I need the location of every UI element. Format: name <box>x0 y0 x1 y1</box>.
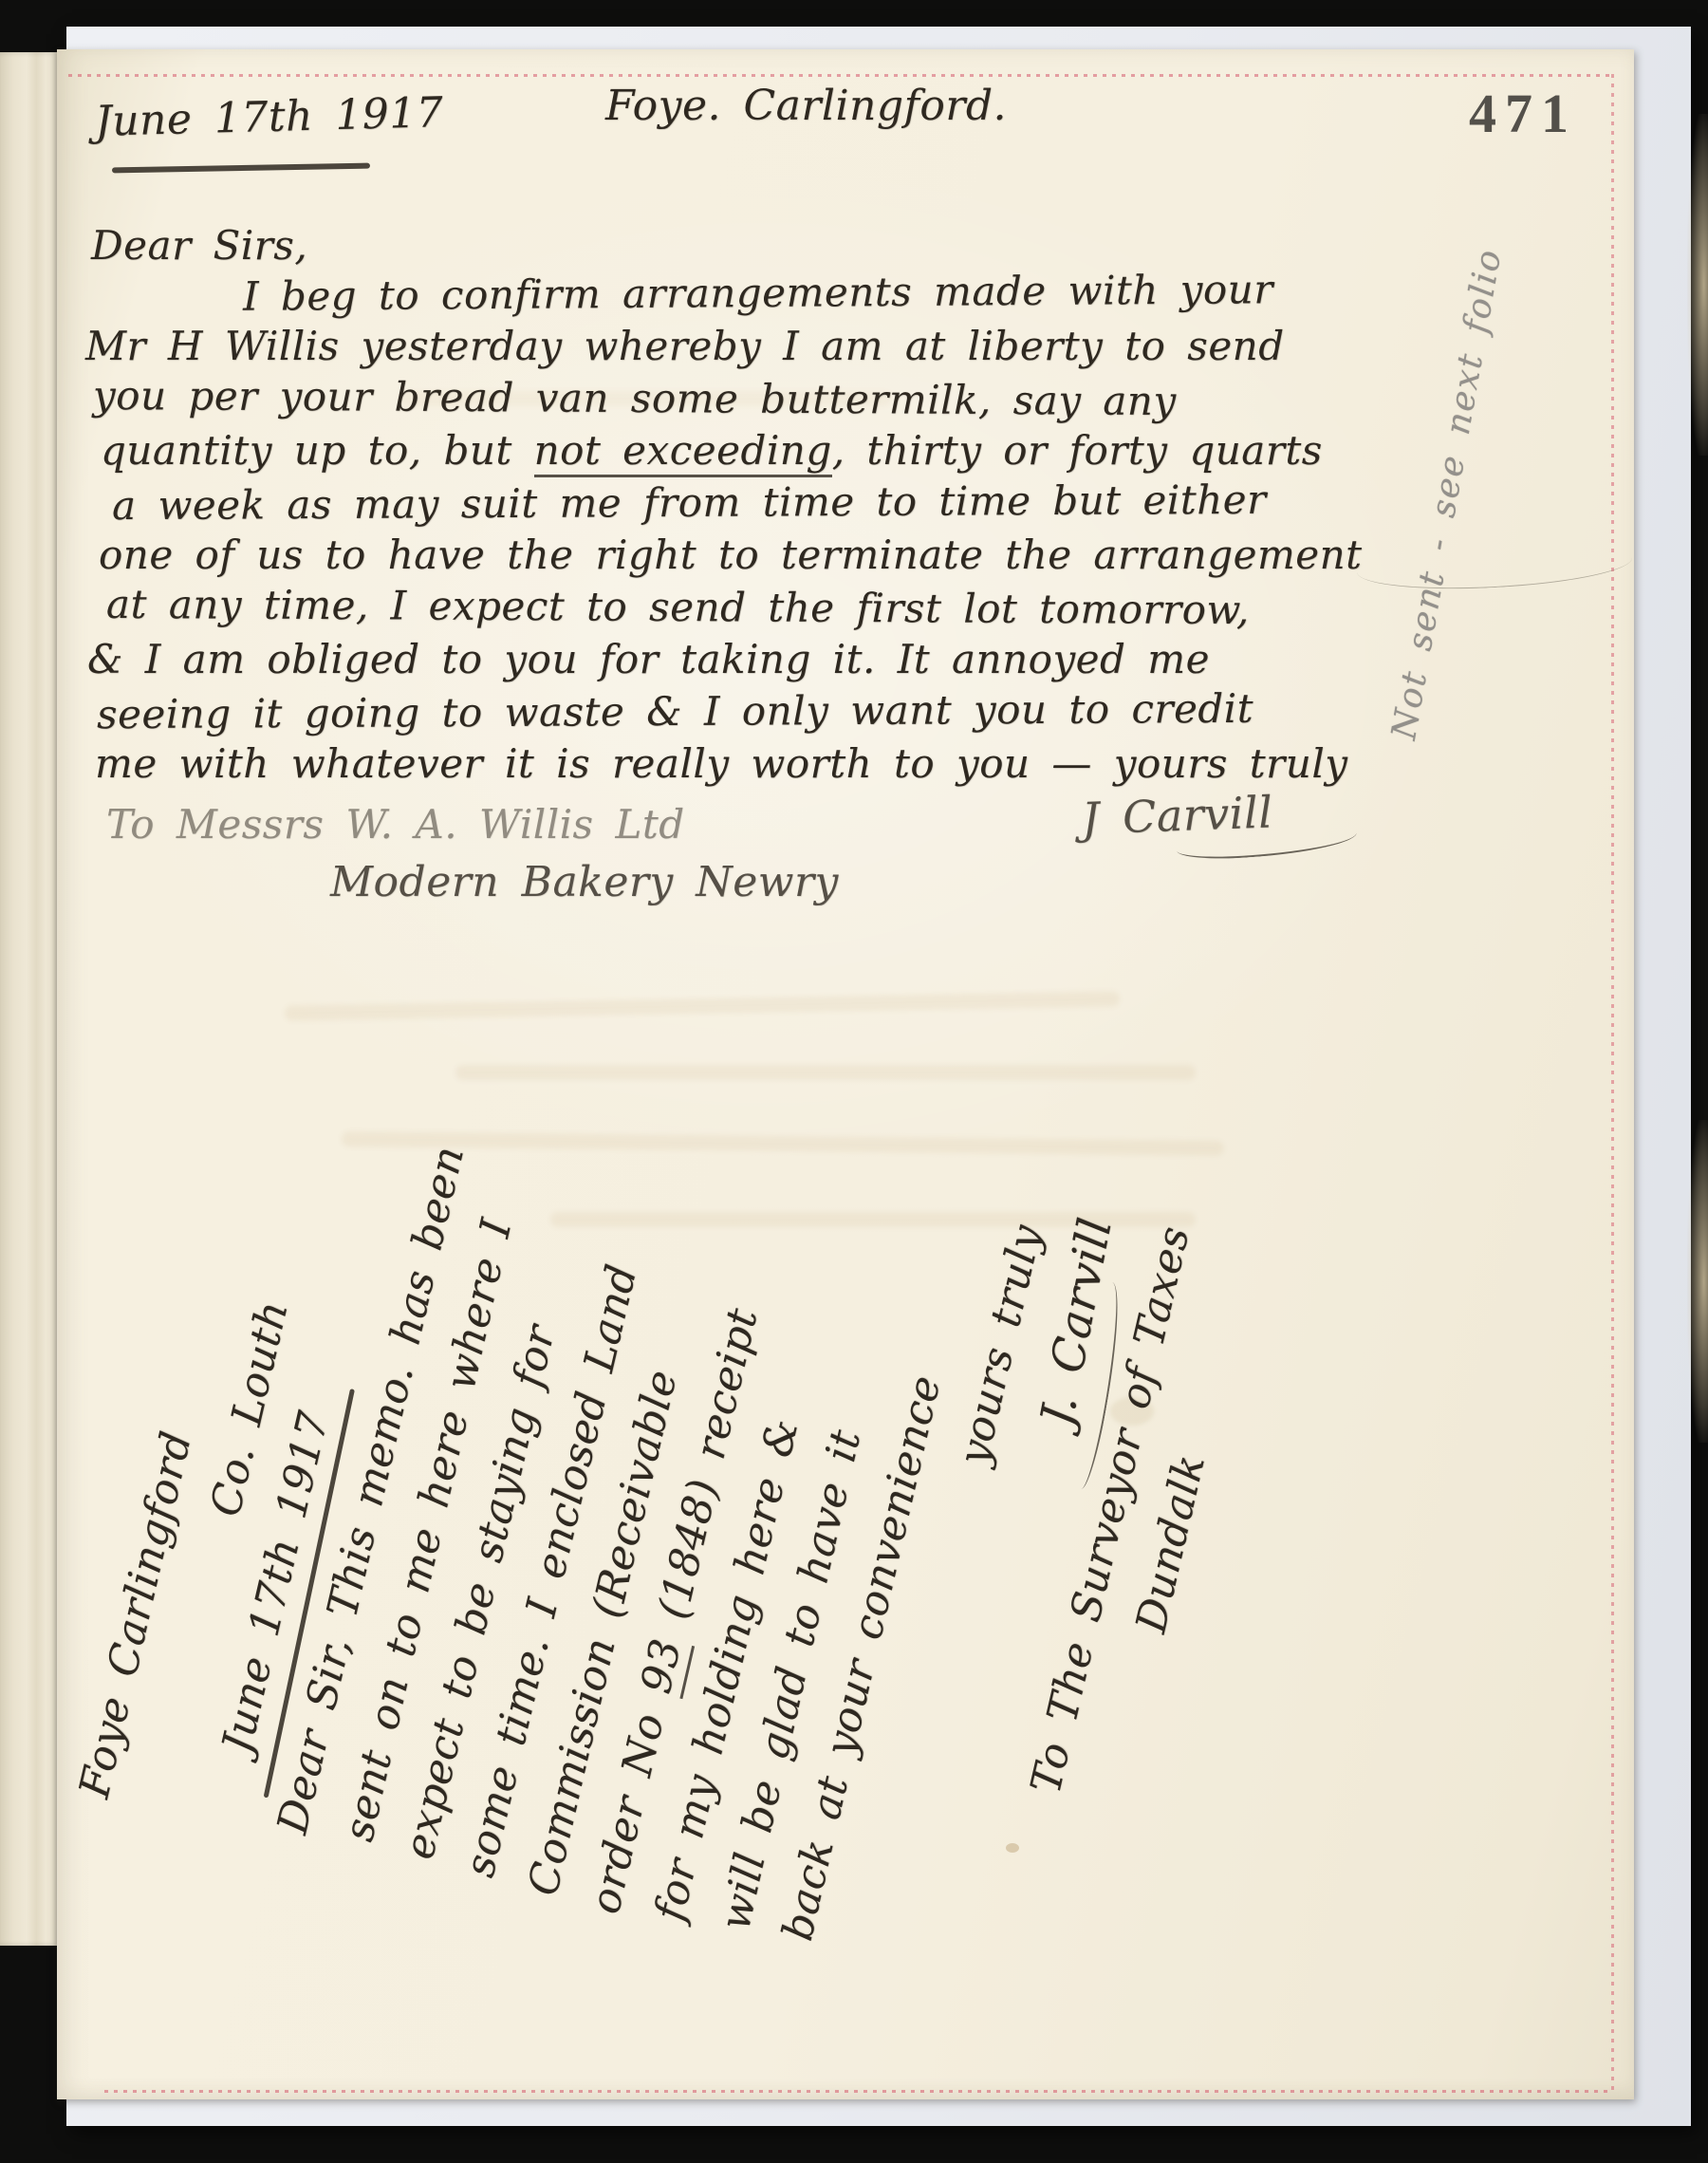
body-line: quantity up to, but not exceeding, thirt… <box>101 427 1323 474</box>
tipped-note-crease <box>1356 535 1633 594</box>
salutation: Dear Sirs, <box>91 222 307 269</box>
body-line: Mr H Willis yesterday whereby I am at li… <box>85 323 1285 369</box>
scanned-letterbook-page: { "page": { "number": "471", "pencil_not… <box>0 0 1708 2163</box>
date-underline <box>112 163 370 174</box>
margin-rule-right <box>1611 74 1614 2094</box>
margin-rule-bottom <box>104 2090 1611 2093</box>
book-edge-marbling-bottom <box>1687 1120 1708 1443</box>
body-line: me with whatever it is really worth to y… <box>95 740 1347 787</box>
previous-page-edge <box>0 52 59 1946</box>
book-edge-marbling-top <box>1687 114 1708 456</box>
folio-number-stamp: 471 <box>1469 82 1577 145</box>
margin-rule-top <box>68 74 1613 77</box>
body-line: & I am obliged to you for taking it. It … <box>87 636 1210 682</box>
body-line: at any time, I expect to send the first … <box>106 581 1250 633</box>
underlined-phrase: not exceeding <box>534 427 832 477</box>
body-line-segment: quantity up to, but <box>101 427 534 474</box>
letter-page: 471 Not sent - see next folio June 17th … <box>57 49 1634 2099</box>
body-line: one of us to have the right to terminate… <box>99 531 1363 578</box>
body-line: seeing it going to waste & I only want y… <box>97 685 1253 737</box>
letter-place: Foye. Carlingford. <box>605 82 1007 130</box>
body-line: a week as may suit me from time to time … <box>112 476 1267 529</box>
second-letter: Foye Carlingford Co. Louth June 17th 191… <box>68 830 1356 2046</box>
pencil-annotation: Not sent - see next folio <box>1365 136 1529 853</box>
signoff: yours truly <box>949 1221 1051 1470</box>
letter-date: June 17th 1917 <box>94 88 444 146</box>
letter-place: Foye Carlingford <box>70 1426 201 1801</box>
body-line-segment: , thirty or forty quarts <box>832 427 1323 474</box>
addressee-line: To Messrs W. A. Willis Ltd <box>106 801 685 848</box>
body-line: I beg to confirm arrangements made with … <box>243 266 1273 320</box>
body-line: you per your bread van some buttermilk, … <box>93 372 1177 424</box>
